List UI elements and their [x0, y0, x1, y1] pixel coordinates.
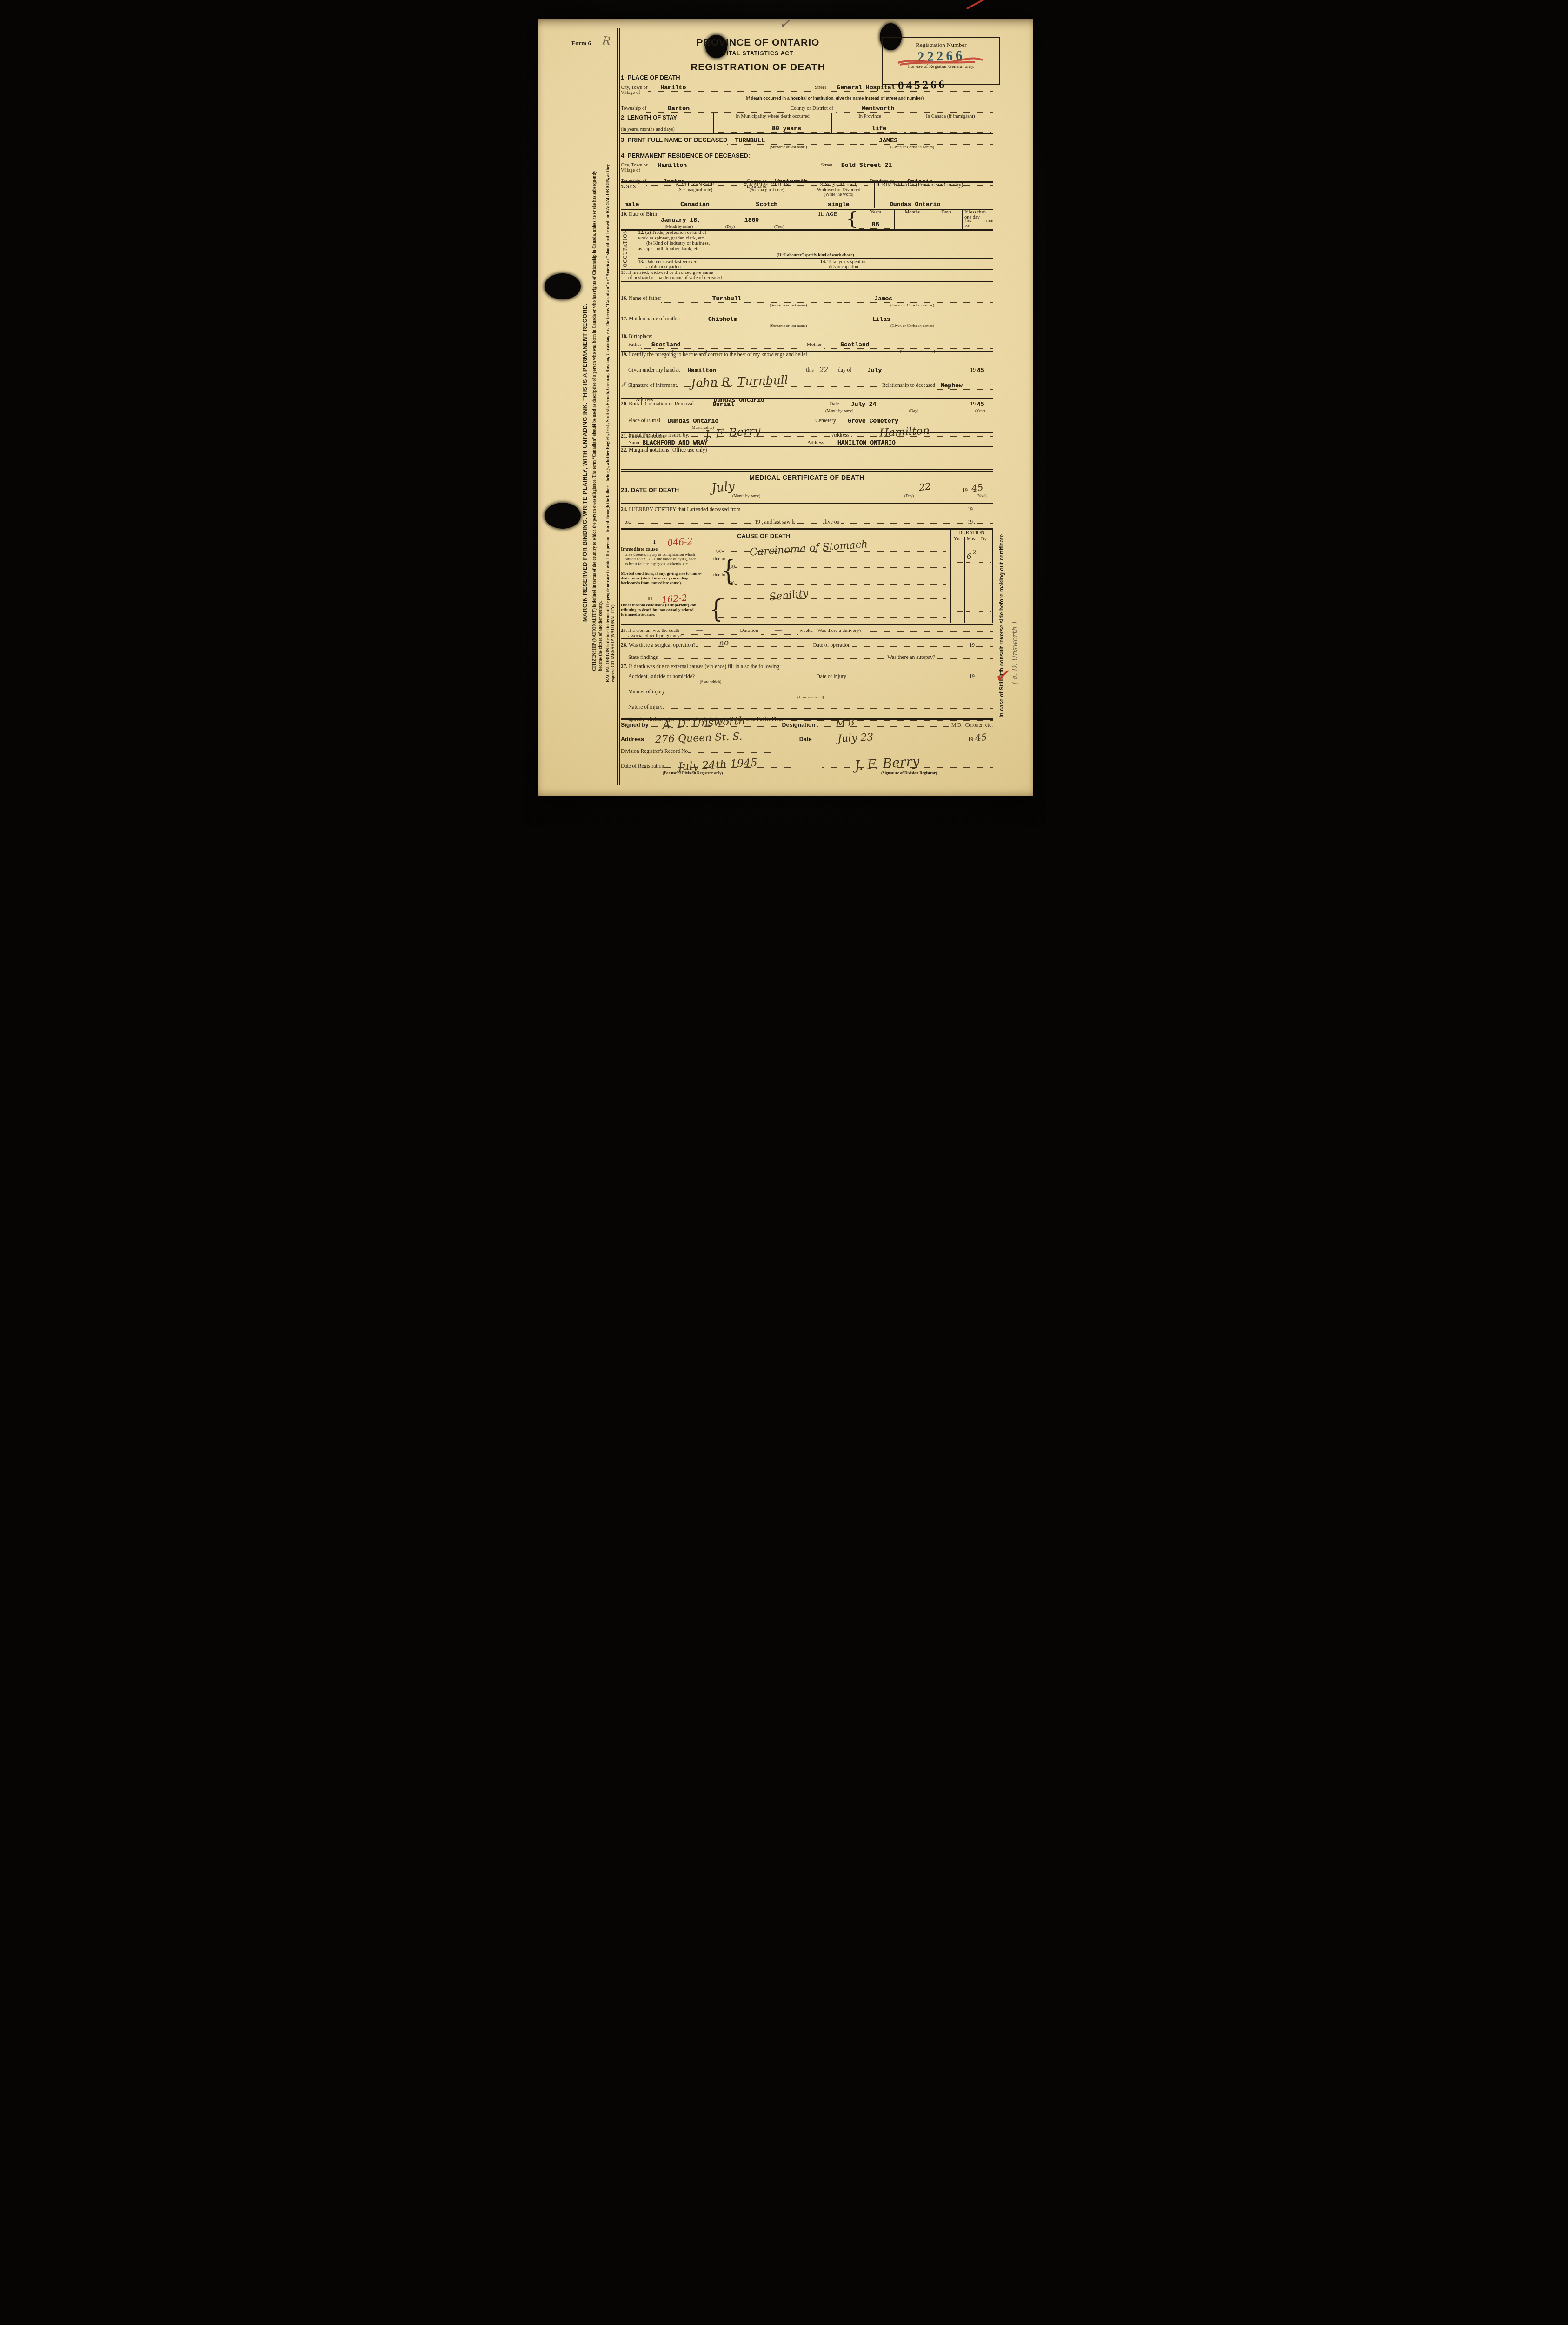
s20-number: 20.	[621, 401, 627, 407]
registration-number-label: Registration Number	[883, 41, 999, 49]
s9-heading: BIRTHPLACE (Province or Country)	[882, 182, 963, 188]
s10-note-month: (Month by name)	[665, 224, 693, 229]
immediate-cause-label: Immediate cause	[621, 546, 658, 552]
s17-surname-note: (Surname or last name)	[770, 323, 807, 328]
s16-heading: Name of father	[629, 296, 661, 301]
s20-date-value: July 24	[851, 401, 877, 408]
s23-year-value: 45	[970, 481, 984, 494]
s18-father-value: Scotland	[651, 341, 680, 348]
registrar-record-label: Division Registrar's Record No.	[621, 749, 689, 754]
s9-number: 9.	[877, 182, 881, 188]
duration-yrs-col: Yrs.	[951, 537, 964, 623]
s3-heading: PRINT FULL NAME OF DECEASED	[627, 136, 727, 143]
duration-table: DURATION Yrs. Mos. 6 2	[950, 529, 993, 623]
s20-heading: Burial, Cremation or Removal	[629, 401, 694, 407]
s27-yr: 19	[968, 674, 977, 679]
s19-year-value: 45	[977, 367, 984, 374]
s12-a2: work as spinner, grader, clerk, etc.	[638, 236, 705, 241]
punch-hole-left-lower	[545, 503, 581, 529]
s18-mother-label: Mother	[804, 342, 824, 347]
designation-value: M B	[836, 717, 855, 729]
cause-b-label: (b)	[729, 564, 735, 569]
s11-less-day-cell: If less than one day hrs. or min.	[962, 210, 993, 229]
s11-months-col: Months	[894, 210, 930, 229]
certificate-date-value: July 23	[837, 731, 874, 745]
s16-number: 16.	[621, 296, 627, 301]
s23-note-day: (Day)	[904, 493, 914, 498]
duration-yrs-label: Yrs.	[951, 537, 964, 542]
s11-min-label: min.	[985, 219, 996, 224]
s22-number: 22.	[621, 447, 627, 453]
s6-number: 6.	[676, 182, 680, 188]
cause-due2: due to	[713, 572, 725, 578]
cause-c-label: (c)	[729, 581, 735, 586]
s14-line1: Total years spent in	[828, 259, 866, 265]
s2-number: 2.	[621, 114, 625, 121]
section-2-length-of-stay: 2. LENGTH OF STAY (in years, months and …	[621, 113, 993, 133]
s6-note: (See marginal note)	[659, 188, 731, 193]
cause-a-value: Carcinoma of Stomach	[749, 538, 868, 558]
s10-value-monthday: January 18,	[661, 217, 701, 224]
s8-heading1: Single, Married,	[825, 182, 857, 187]
s7-racial-origin-cell: 7. RACIAL ORIGIN (See marginal note) Sco…	[731, 182, 803, 208]
s7-value: Scotch	[756, 201, 778, 208]
s2-col1-label: In Municipality where death occurred	[714, 114, 831, 119]
s20-year-value: 45	[977, 401, 984, 408]
section-25-pregnancy: 25. If a woman, was the death associated…	[621, 625, 993, 638]
cause-roman-1: I	[653, 538, 656, 545]
s19-dayof-label: day of	[836, 367, 853, 373]
s3-surname-value: TURNBULL	[735, 138, 765, 145]
section-24-attended: 24. I HEREBY CERTIFY that I attended dec…	[621, 507, 993, 525]
s19-given-label: Given under my hand at	[628, 367, 680, 373]
form-number-label: Form 6	[571, 40, 591, 46]
s20-place-value: Dundas Ontario	[668, 418, 718, 425]
s21-number: 21.	[621, 433, 627, 439]
s1-county-value: Wentworth	[862, 105, 894, 112]
s19-certify-text: I certify the foregoing to be true and c…	[629, 352, 809, 358]
s25-dash1: —	[696, 625, 703, 634]
section-3-name-of-deceased: 3. PRINT FULL NAME OF DECEASED TURNBULL …	[621, 136, 993, 150]
s24-yr3: 19	[966, 519, 975, 525]
s3-given-value: JAMES	[879, 138, 898, 145]
s6-citizenship-cell: 6. CITIZENSHIP (See marginal note) Canad…	[659, 182, 731, 208]
s16-given-value: James	[874, 295, 892, 302]
s27-manner-label: Manner of injury	[628, 689, 665, 695]
s11-years-value: 85	[872, 221, 880, 229]
section-occupation: OCCUPATION 12. (a) Trade, profession or …	[621, 230, 993, 268]
section-17-mother: 17. Maiden name of mother Chisholm Lilas…	[621, 314, 993, 328]
s27-how-sustained-note: (How sustained)	[797, 695, 824, 699]
s26-value: no	[718, 638, 729, 648]
s26-findings-label: State findings	[628, 655, 658, 660]
s10-note-year: (Year)	[774, 224, 784, 229]
s15-line1: If married, widowed or divorced give nam…	[628, 270, 713, 275]
s15-line2: of husband or maiden name of wife of dec…	[628, 275, 722, 280]
s1-city-label2: Village of	[621, 90, 648, 95]
s6-heading: CITIZENSHIP	[681, 182, 714, 188]
s19-day-value: 22	[819, 365, 828, 374]
form-number: Form 6	[571, 39, 591, 47]
s20-cemetery-label: Cemetery	[813, 418, 838, 424]
province-title: PROVINCE OF ONTARIO	[646, 37, 870, 48]
s3-number: 3.	[621, 136, 626, 143]
s5-sex-cell: 5. SEX male	[621, 182, 659, 208]
s26-autopsy-label: Was there an autopsy?	[885, 655, 937, 660]
section-16-father: 16. Name of father Turnbull James (Surna…	[621, 294, 993, 308]
s26-number: 26.	[621, 643, 627, 648]
cause-code-1: 046-2	[667, 536, 693, 549]
s10-dob-cell: 10. Date of Birth January 18, 1860 (Mont…	[621, 210, 816, 229]
act-title: VITAL STATISTICS ACT	[646, 50, 870, 57]
red-checkmark: ✓	[993, 663, 1014, 689]
s12-a1: (a) Trade, profession or kind of	[645, 230, 706, 235]
section-22-marginal-notations: 22. Marginal notations (Office use only)	[621, 447, 993, 453]
section-21-funeral-director: 21. Funeral Director: Name BLACHFORD AND…	[621, 433, 993, 447]
s4-heading: PERMANENT RESIDENCE OF DECEASED:	[627, 152, 750, 159]
s19-month-value: July	[867, 367, 882, 374]
s17-surname-value: Chisholm	[708, 316, 737, 323]
s25-weeks-label: weeks.	[798, 628, 816, 633]
s16-given-note: (Given or Christian names)	[890, 303, 934, 307]
s16-surname-value: Turnbull	[712, 295, 741, 302]
s27-heading: If death was due to external causes (vio…	[629, 664, 786, 670]
s19-this-label: , this	[804, 367, 814, 373]
s11-days-col: Days	[930, 210, 962, 229]
s24-yr2: 19	[753, 519, 762, 525]
s11-years-label: Years	[857, 210, 894, 215]
s27-state-which-note: (State which)	[700, 679, 721, 684]
s20-note-year: (Year)	[975, 408, 985, 413]
cause-main: CAUSE OF DEATH I 046-2 Immediate cause G…	[621, 529, 950, 623]
signed-by-label: Signed by	[621, 722, 649, 728]
s12-number: 12.	[638, 230, 644, 235]
s11-days-label: Days	[930, 210, 962, 215]
s1-county-label: County or District of	[788, 106, 836, 111]
s24-line1: I HEREBY CERTIFY that I attended decease…	[629, 507, 740, 512]
duration-title: DURATION	[951, 529, 992, 537]
s20-cemetery-value: Grove Cemetery	[848, 418, 898, 425]
s18-number: 18.	[621, 334, 627, 339]
s1-number: 1.	[621, 74, 626, 81]
s8-value: single	[828, 201, 850, 208]
division-registrar-block: Division Registrar's Record No. Date of …	[621, 749, 993, 776]
cause-a-label: (a)	[716, 548, 722, 553]
physician-address-label: Address	[621, 736, 644, 743]
s20-note-day: (Day)	[909, 408, 918, 413]
rule-after-s14	[621, 269, 993, 270]
page-title: REGISTRATION OF DEATH	[646, 62, 870, 73]
form-body: PROVINCE OF ONTARIO VITAL STATISTICS ACT…	[621, 19, 993, 796]
margin-binding-note: MARGIN RESERVED FOR BINDING. WRITE PLAIN…	[582, 194, 588, 622]
cause-brace-ii: {	[710, 595, 723, 624]
s23-day-value: 22	[918, 481, 931, 493]
s2-col3-label: In Canada (if immigrant)	[908, 114, 993, 119]
s26-dateop-label: Date of operation	[811, 643, 852, 648]
s20-place-label: Place of Burial	[628, 418, 660, 424]
duration-mos-label: Mos.	[965, 537, 978, 542]
s26-question: Was there a surgical operation?	[629, 643, 696, 648]
section-5-9-columns: 5. SEX male 6. CITIZENSHIP (See marginal…	[621, 182, 993, 208]
s17-heading: Maiden name of mother	[629, 316, 680, 322]
s13-line1: Date deceased last worked	[645, 259, 698, 265]
form-left-rule	[617, 28, 620, 785]
death-certificate-page: Form 6 R ✓ MARGIN RESERVED FOR BINDING. …	[538, 19, 1033, 796]
double-rule-top	[621, 469, 993, 470]
s10-value-year: 1860	[744, 217, 759, 224]
s7-heading: RACIAL ORIGIN	[750, 182, 790, 188]
margin-citizenship-note: CITIZENSHIP (NATIONALITY) is defined in …	[592, 166, 604, 671]
punch-hole-left-upper	[545, 273, 581, 299]
s25-line1: If a woman, was the death	[628, 628, 679, 633]
s19-relationship-value: Nephew	[941, 382, 963, 389]
red-scribble	[896, 55, 984, 67]
s27-date-injury-label: Date of injury	[815, 674, 849, 679]
handwritten-r-annotation: R	[602, 34, 611, 48]
s4-street-label: Street	[818, 163, 835, 168]
registration-date-label: Date of Registration	[621, 764, 664, 769]
s17-given-note: (Given or Christian names)	[890, 323, 934, 328]
s1-township-label: Township of	[621, 106, 646, 111]
s2-col2-label: In Province	[832, 114, 908, 119]
s8-marital-cell: 8. Single, Married, Widowed or Divorced …	[803, 182, 874, 208]
double-rule-bottom	[621, 471, 993, 472]
section-19-informant: 19. I certify the foregoing to be true a…	[621, 352, 993, 404]
s17-number: 17.	[621, 316, 627, 322]
s5-heading: SEX	[626, 184, 637, 190]
s20-date-label: Date	[827, 401, 842, 407]
s19-year-prefix: 19	[969, 367, 977, 373]
s1-heading: PLACE OF DEATH	[627, 74, 680, 81]
s11-months-label: Months	[895, 210, 930, 215]
s16-surname-note: (Surname or last name)	[770, 303, 807, 307]
s9-birthplace-cell: 9. BIRTHPLACE (Province or Country) Dund…	[874, 182, 993, 208]
red-pen-mark-top-right	[966, 0, 986, 10]
s5-value: male	[625, 201, 639, 208]
section-26-operation: 26. Was there a surgical operation? no D…	[621, 643, 993, 660]
s21-address-value: HAMILTON ONTARIO	[837, 439, 896, 446]
s23-note-month: (Month by name)	[732, 493, 760, 498]
s4-number: 4.	[621, 152, 626, 159]
s19-signature-label: Signature of informant	[628, 383, 677, 388]
s10-note-day: (Day)	[725, 224, 735, 229]
s4-city-value: Hamilton	[658, 162, 687, 169]
s19-place-value: Hamilton	[687, 367, 716, 374]
s1-street-label: Street	[812, 85, 829, 90]
s7-note: (See marginal note)	[731, 188, 803, 193]
imm-help-3: as heart failure, asphyxia, asthenia, et…	[625, 562, 713, 566]
other-3: to immediate cause.	[621, 612, 711, 617]
section-10-11: 10. Date of Birth January 18, 1860 (Mont…	[621, 210, 993, 229]
s12-labourer-note: (If “Labourer” specify kind of work abov…	[638, 252, 993, 257]
s21-address-label: Address	[805, 440, 826, 445]
section-15: 15. If married, widowed or divorced give…	[621, 270, 993, 280]
s26-yr: 19	[968, 643, 977, 648]
s15-number: 15.	[621, 270, 627, 275]
certificate-year-value: 45	[975, 731, 988, 744]
s12-b2: as paper mill, lumber, bank, etc.	[638, 246, 701, 252]
s6-value: Canadian	[680, 201, 709, 208]
s18-father-label: Father	[628, 342, 641, 347]
s11-hrs-label: hrs. or	[964, 219, 973, 229]
rule-after-s21	[621, 446, 993, 447]
md-coroner-label: M.D., Coroner, etc.	[949, 723, 993, 728]
margin-racial-origin-note: RACIAL ORIGIN is defined in terms of the…	[606, 161, 616, 682]
s19-number: 19.	[621, 352, 627, 358]
certificate-year-prefix: 19	[967, 737, 975, 743]
duration-dys-label: Dys.	[978, 537, 992, 542]
s22-heading: Marginal notations (Office use only)	[629, 447, 707, 453]
s20-burial-value: Burial	[712, 401, 734, 408]
cause-of-death-block: CAUSE OF DEATH I 046-2 Immediate cause G…	[621, 529, 993, 623]
section-27-external-causes: 27. If death was due to external causes …	[621, 664, 993, 722]
s4-city-label1: City, Town or	[621, 163, 648, 168]
rule-after-s2	[621, 133, 993, 134]
s2-subheading: (in years, months and days)	[621, 127, 675, 132]
s3-given-note: (Given or Christian names)	[890, 145, 934, 149]
medical-certificate-title: MEDICAL CERTIFICATE OF DEATH	[621, 474, 993, 481]
section-1-place-of-death: 1. PLACE OF DEATH City, Town or Village …	[621, 73, 993, 113]
s11-age-cell: 11. AGE {	[816, 210, 857, 229]
s24-yr1: 19	[966, 507, 975, 512]
designation-label: Designation	[779, 722, 817, 728]
s25-delivery-label: Was there a delivery?	[816, 628, 864, 633]
s7-number: 7.	[744, 182, 749, 188]
s27-accident-label: Accident, suicide or homicide?	[628, 674, 695, 679]
duration-mos-value-sup: 2	[973, 549, 977, 556]
s25-number: 25.	[621, 628, 627, 633]
certificate-date-label: Date	[797, 736, 814, 743]
s25-dash2: —	[775, 625, 782, 634]
section-23-date-of-death: 23. DATE OF DEATH July 22 19 45 (Month b…	[621, 486, 993, 498]
s2-col2-value: life	[872, 125, 886, 132]
s20-note-month: (Month by name)	[825, 408, 853, 413]
s23-year-prefix: 19	[961, 488, 970, 493]
s25-line2: associated with pregnancy?	[628, 633, 682, 638]
duration-dys-col: Dys.	[978, 537, 992, 623]
s1-hospital-note: (If death occurred in a hospital or inst…	[621, 96, 993, 100]
s8-note: (Write the word)	[803, 193, 874, 197]
s24-lastsaw: , and last saw h	[762, 519, 795, 525]
s4-city-label2: Village of	[621, 168, 648, 173]
registrar-note: (For use of Division Registrar only)	[663, 771, 723, 775]
age-brace: {	[846, 208, 858, 229]
s5-number: 5.	[621, 184, 625, 190]
duration-mos-col: Mos. 6 2	[964, 537, 978, 623]
s8-number: 8.	[820, 182, 824, 187]
s18-mother-value: Scotland	[840, 341, 869, 348]
s24-number: 24.	[621, 507, 627, 512]
s1-street-value: General Hospital	[837, 84, 895, 91]
cause-roman-2: II	[648, 595, 652, 602]
s12-b1: (b) Kind of industry or business,	[646, 241, 993, 246]
s20-year-prefix: 19	[969, 401, 977, 407]
morbid-3: backwards from immediate cause).	[621, 581, 711, 585]
s11-heading: AGE	[826, 212, 837, 217]
s9-value: Dundas Ontario	[890, 201, 940, 208]
registrar-signature-note: (Signature of Division Registrar)	[881, 771, 937, 775]
physician-signature-block: Signed by A. D. Unsworth Designation M B…	[621, 722, 993, 743]
occupation-side-label: OCCUPATION	[623, 231, 628, 267]
s11-number: 11.	[818, 212, 824, 217]
cause-other-value: Senility	[769, 588, 809, 604]
photo-backdrop: Form 6 R ✓ MARGIN RESERVED FOR BINDING. …	[523, 0, 1045, 826]
s23-number: 23.	[621, 486, 629, 493]
s18-heading: Birthplace:	[629, 334, 652, 339]
duration-mos-value: 6	[967, 552, 972, 561]
s23-note-year: (Year)	[977, 493, 987, 498]
s24-to-label: to	[625, 519, 629, 525]
rule-after-s15	[621, 281, 993, 282]
s3-surname-note: (Surname or last name)	[770, 145, 807, 149]
s19-informant-signature: John R. Turnbull	[691, 373, 788, 390]
s27-number: 27.	[621, 664, 627, 670]
s1-city-value: Hamilto	[661, 84, 686, 91]
s14-number: 14.	[820, 259, 826, 265]
s1-township-value: Barton	[668, 105, 690, 112]
s19-relationship-label: Relationship to deceased	[880, 383, 937, 388]
physician-address-value: 276 Queen St. S.	[655, 731, 743, 746]
s24-alive-label: alive on	[820, 519, 841, 525]
s11-years-col: Years 85	[857, 210, 894, 229]
s27-nature-label: Nature of injury	[628, 704, 663, 710]
s13-number: 13.	[638, 259, 644, 265]
s23-heading: DATE OF DEATH	[631, 486, 679, 493]
s19-signature-x: ✗	[621, 381, 626, 389]
form-header: PROVINCE OF ONTARIO VITAL STATISTICS ACT…	[646, 37, 870, 73]
s17-given-value: Lilas	[872, 316, 890, 323]
rule-after-s25	[621, 638, 993, 639]
s2-col1-value: 80 years	[772, 125, 801, 132]
s21-name-label: Name	[628, 440, 640, 445]
s1-city-label: City, Town or	[621, 85, 648, 90]
rule-after-s23	[621, 503, 993, 504]
s25-duration-label: Duration	[737, 628, 760, 633]
s21-name-value: BLACHFORD AND WRAY	[642, 439, 707, 446]
s4-street-value: Bold Street 21	[841, 162, 892, 169]
s2-heading: LENGTH OF STAY	[627, 114, 677, 121]
s8-heading2: Widowed or Divorced	[803, 187, 874, 193]
